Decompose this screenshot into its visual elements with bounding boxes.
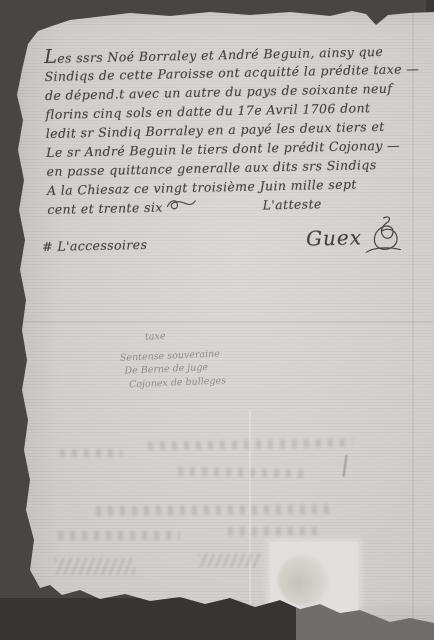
signature-paraph-icon xyxy=(364,214,403,262)
attestation-text: L'atteste xyxy=(262,194,321,214)
circular-stain xyxy=(278,554,330,606)
stray-ink-stroke xyxy=(342,455,347,477)
ink-bleedthrough-marks xyxy=(178,467,308,478)
ink-bleedthrough-marks xyxy=(96,504,331,516)
pencil-annotation: taxe Sentense souveraine De Berne de jug… xyxy=(107,324,309,393)
ink-bleedthrough-marks xyxy=(148,438,353,451)
pencil-line: taxe xyxy=(145,324,307,345)
horizontal-fold-crease xyxy=(0,321,434,323)
signature-block: Guex xyxy=(306,214,403,263)
signature-name: Guex xyxy=(306,228,362,248)
ink-bleedthrough-marks xyxy=(58,531,180,540)
pen-flourish-icon xyxy=(167,197,197,217)
bleedthrough-tally-marks xyxy=(55,558,135,575)
bleedthrough-tally-marks xyxy=(198,553,260,568)
ink-bleedthrough-marks xyxy=(228,527,320,536)
manuscript-page: Les ssrs Noé Borraley et André Beguin, a… xyxy=(0,0,434,640)
date-line-text: cent et trente six xyxy=(47,198,163,219)
manuscript-photo: Les ssrs Noé Borraley et André Beguin, a… xyxy=(0,0,434,640)
manuscript-body: Les ssrs Noé Borraley et André Beguin, a… xyxy=(44,40,416,240)
ink-bleedthrough-marks xyxy=(60,449,122,457)
marginal-note: # L'accessoires xyxy=(42,235,148,256)
